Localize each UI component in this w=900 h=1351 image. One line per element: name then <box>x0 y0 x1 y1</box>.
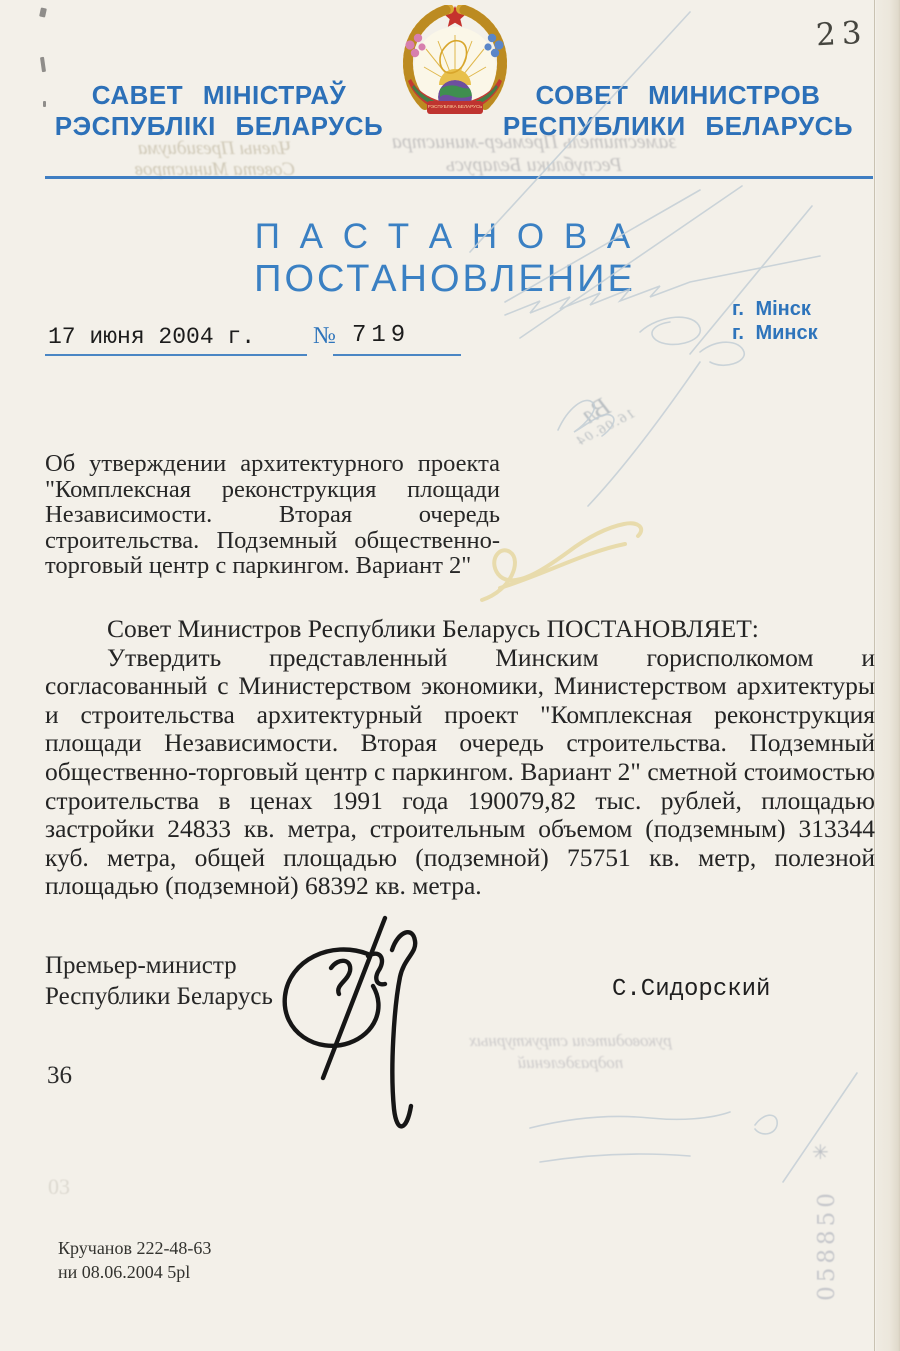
executor-date-note: ни 08.06.2004 5pl <box>58 1260 211 1284</box>
handwritten-page-number: 23 <box>815 15 868 54</box>
stamp-asterisk-icon: ✳ <box>812 1140 829 1165</box>
archival-stamp-number: 058850 <box>814 1180 840 1310</box>
document-date: 17 июня 2004 г. <box>48 324 255 350</box>
signer-position-line1: Премьер-министр <box>45 950 273 981</box>
scanned-decree-page: 23 <box>0 0 900 1351</box>
handwritten-signature <box>273 912 451 1150</box>
place-by: г. Мінск <box>732 297 818 321</box>
letterhead-divider-rule <box>45 176 873 179</box>
letterhead-by-line1: САВЕТ МІНІСТРАЎ <box>38 80 400 111</box>
resolution-paragraph: Утвердить представленный Минским гориспо… <box>45 644 875 901</box>
letterhead-ru-line1: СОВЕТ МИНИСТРОВ <box>497 80 859 111</box>
document-number: 719 <box>352 322 410 349</box>
bleedthrough-right-block: заместитель Премьер-министра Республики … <box>366 131 702 177</box>
resolution-body: Совет Министров Республики Беларусь ПОСТ… <box>45 615 875 901</box>
title-russian: ПОСТАНОВЛЕНИЕ <box>235 258 655 300</box>
letterhead-belarusian: САВЕТ МІНІСТРАЎ РЭСПУБЛІКІ БЕЛАРУСЬ <box>38 80 400 142</box>
copy-number: 36 <box>47 1062 72 1090</box>
bleedthrough-pencil-note: Вл 16.06.04 <box>538 372 663 464</box>
emblem-banner-text: РЭСПУБЛІКА БЕЛАРУСЬ <box>428 104 483 109</box>
bleedthrough-corner-number: 03 <box>48 1174 70 1200</box>
place-of-issue: г. Мінск г. Минск <box>732 297 818 345</box>
scan-artifact <box>39 7 47 17</box>
title-belarusian: П А С Т А Н О В А <box>235 216 655 258</box>
executor-contact: Кручанов 222-48-63 <box>58 1236 211 1260</box>
document-title: П А С Т А Н О В А ПОСТАНОВЛЕНИЕ <box>235 216 655 300</box>
date-underline <box>45 354 307 356</box>
number-sign: № <box>313 323 336 350</box>
signer-position-line2: Республики Беларусь <box>45 981 273 1012</box>
signer-position: Премьер-министр Республики Беларусь <box>45 950 273 1012</box>
scan-artifact <box>40 57 46 72</box>
subject-paragraph: Об утверждении архитектурного проекта "К… <box>45 451 500 579</box>
number-underline <box>333 354 461 356</box>
scan-page-edge <box>876 0 900 1351</box>
place-ru: г. Минск <box>732 321 818 345</box>
resolution-intro: Совет Министров Республики Беларусь ПОСТ… <box>45 615 875 644</box>
executor-note: Кручанов 222-48-63 ни 08.06.2004 5pl <box>58 1236 211 1284</box>
bleedthrough-signature-block: руководители структурных подразделений <box>468 1030 673 1074</box>
signer-name: С.Сидорский <box>612 976 770 1003</box>
bleedthrough-left-block: Члены Президиума Совета Министров <box>92 138 338 180</box>
